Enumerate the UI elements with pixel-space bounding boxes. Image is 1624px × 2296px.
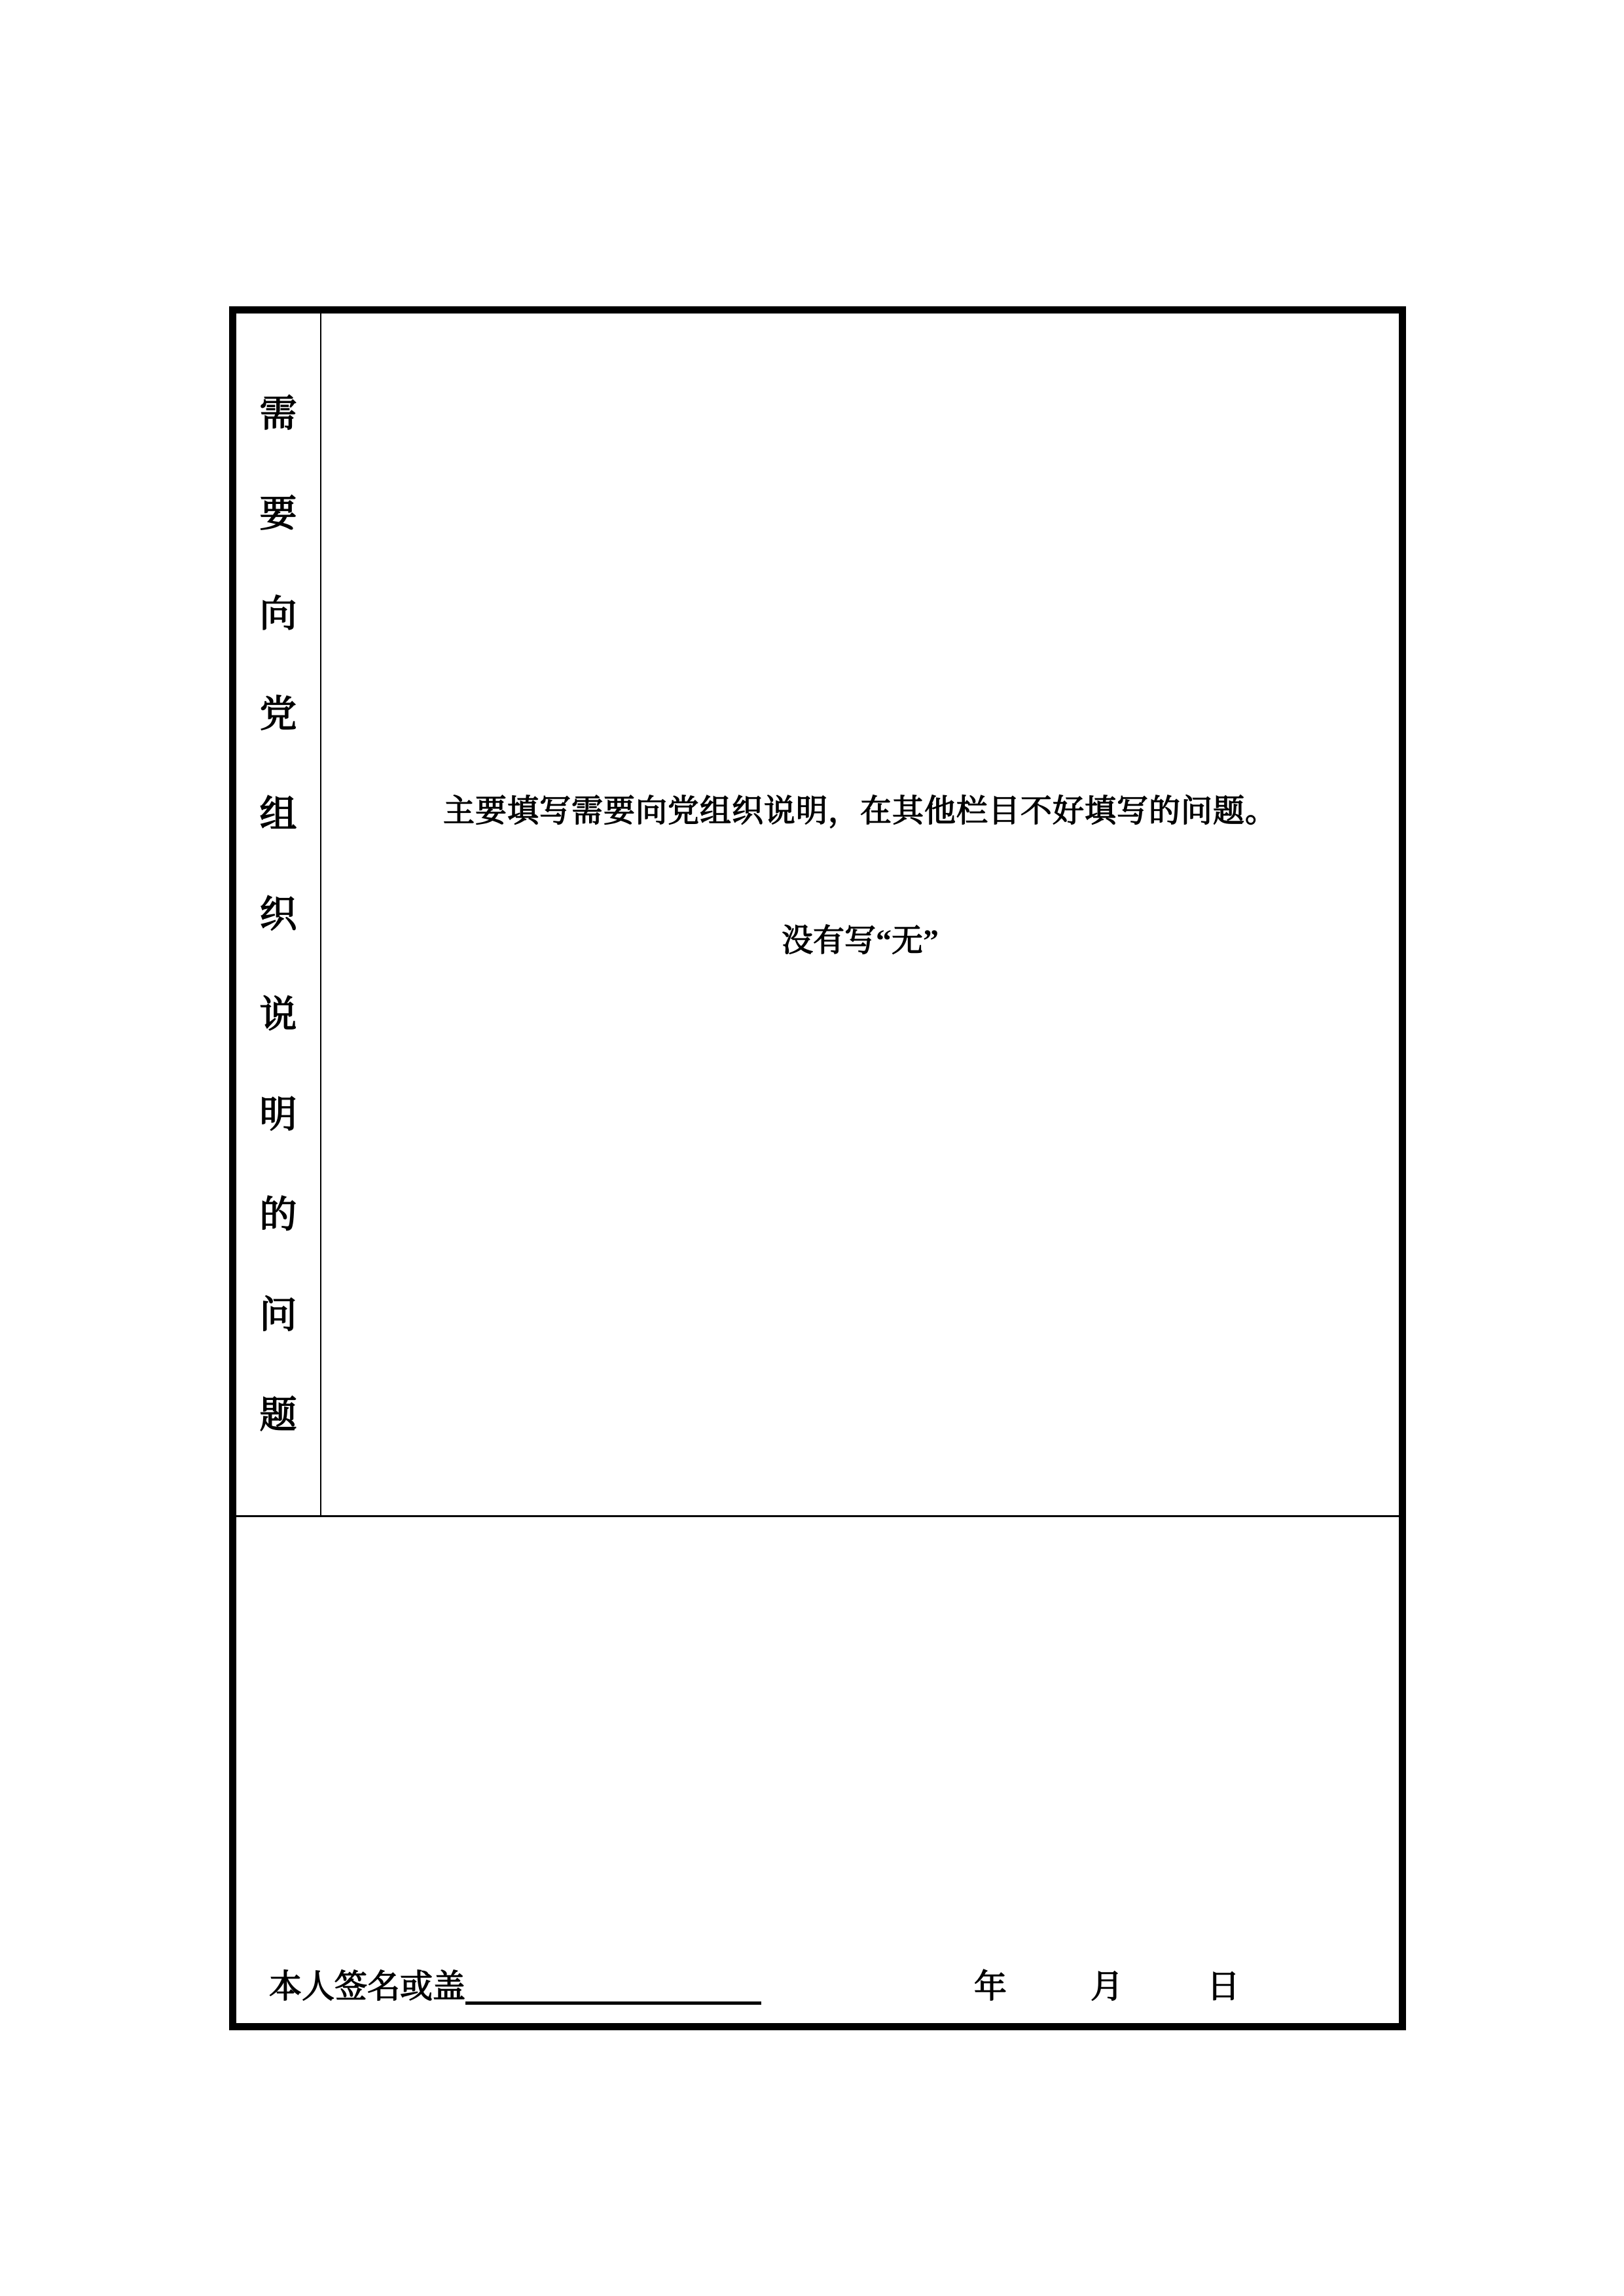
notes-cell: 主要填写需要向党组织说明，在其他栏目不好填写的问题。 没有写“无” xyxy=(321,314,1399,1515)
vertical-label-char: 问 xyxy=(260,1265,297,1365)
vertical-label-char: 说 xyxy=(260,965,297,1065)
date-month-label: 月 xyxy=(1091,1968,1123,2005)
vertical-label-char: 党 xyxy=(260,664,297,764)
date-year-label: 年 xyxy=(974,1968,1007,2005)
signature-label: 本人签名或盖 xyxy=(269,1968,465,2005)
vertical-label-char: 组 xyxy=(260,764,297,865)
form-table: 需 要 向 党 组 织 说 明 的 问 题 主要填写需要向党组织说明，在其他栏目… xyxy=(229,306,1406,2030)
left-header-cell: 需 要 向 党 组 织 说 明 的 问 题 xyxy=(236,314,320,1515)
signature-blank-line xyxy=(465,1971,761,2005)
vertical-label-char: 向 xyxy=(260,564,297,664)
signature-section: 本人签名或盖 年 月 日 xyxy=(236,1517,1399,2023)
vertical-label-char: 的 xyxy=(260,1165,297,1265)
vertical-label-char: 明 xyxy=(260,1065,297,1165)
note-line-1: 主要填写需要向党组织说明，在其他栏目不好填写的问题。 xyxy=(321,785,1399,831)
date-group: 年 月 日 xyxy=(974,1968,1240,2005)
date-day-label: 日 xyxy=(1207,1968,1240,2005)
signature-row: 本人签名或盖 年 月 日 xyxy=(269,1968,1399,2005)
note-line-2: 没有写“无” xyxy=(321,915,1399,960)
vertical-label-char: 要 xyxy=(260,464,297,564)
vertical-label-char: 织 xyxy=(260,865,297,965)
form-page: 需 要 向 党 组 织 说 明 的 问 题 主要填写需要向党组织说明，在其他栏目… xyxy=(0,0,1624,2296)
vertical-label-char: 需 xyxy=(260,364,297,464)
vertical-label-char: 题 xyxy=(260,1365,297,1465)
